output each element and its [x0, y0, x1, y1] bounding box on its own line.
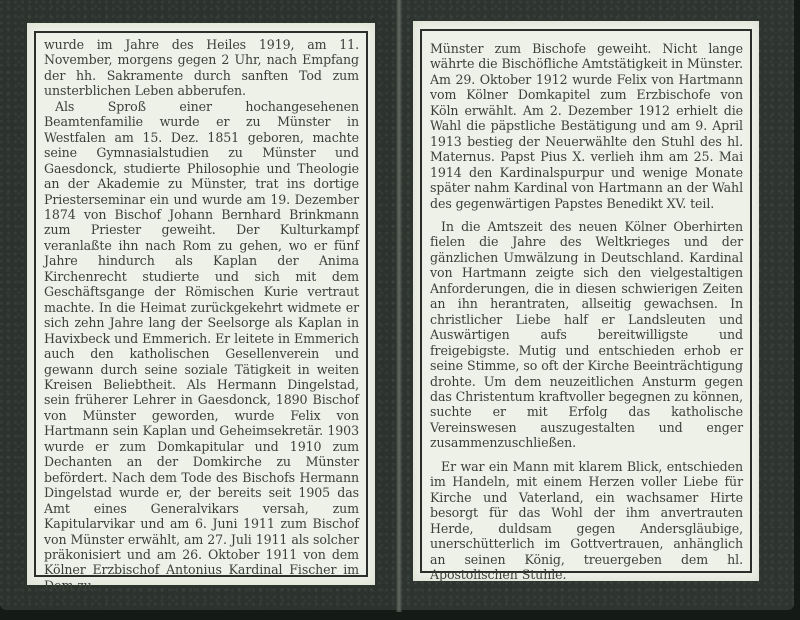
left-paragraph-2: Als Sproß einer hochangesehenen Beamtenf…	[44, 99, 359, 594]
left-page: wurde im Jahre des Heiles 1919, am 11. N…	[27, 23, 375, 585]
left-page-text: wurde im Jahre des Heiles 1919, am 11. N…	[44, 37, 359, 593]
right-paragraph-1: Münster zum Bischofe geweiht. Nicht lang…	[430, 41, 743, 211]
left-paragraph-1: wurde im Jahre des Heiles 1919, am 11. N…	[44, 37, 359, 99]
right-page: Münster zum Bischofe geweiht. Nicht lang…	[413, 21, 759, 581]
right-paragraph-2: In die Amtszeit des neuen Kölner Oberhir…	[430, 219, 743, 451]
card-fold-crease	[396, 0, 402, 612]
right-paragraph-3: Er war ein Mann mit klarem Blick, entsch…	[430, 459, 743, 583]
right-page-text: Münster zum Bischofe geweiht. Nicht lang…	[430, 41, 743, 582]
